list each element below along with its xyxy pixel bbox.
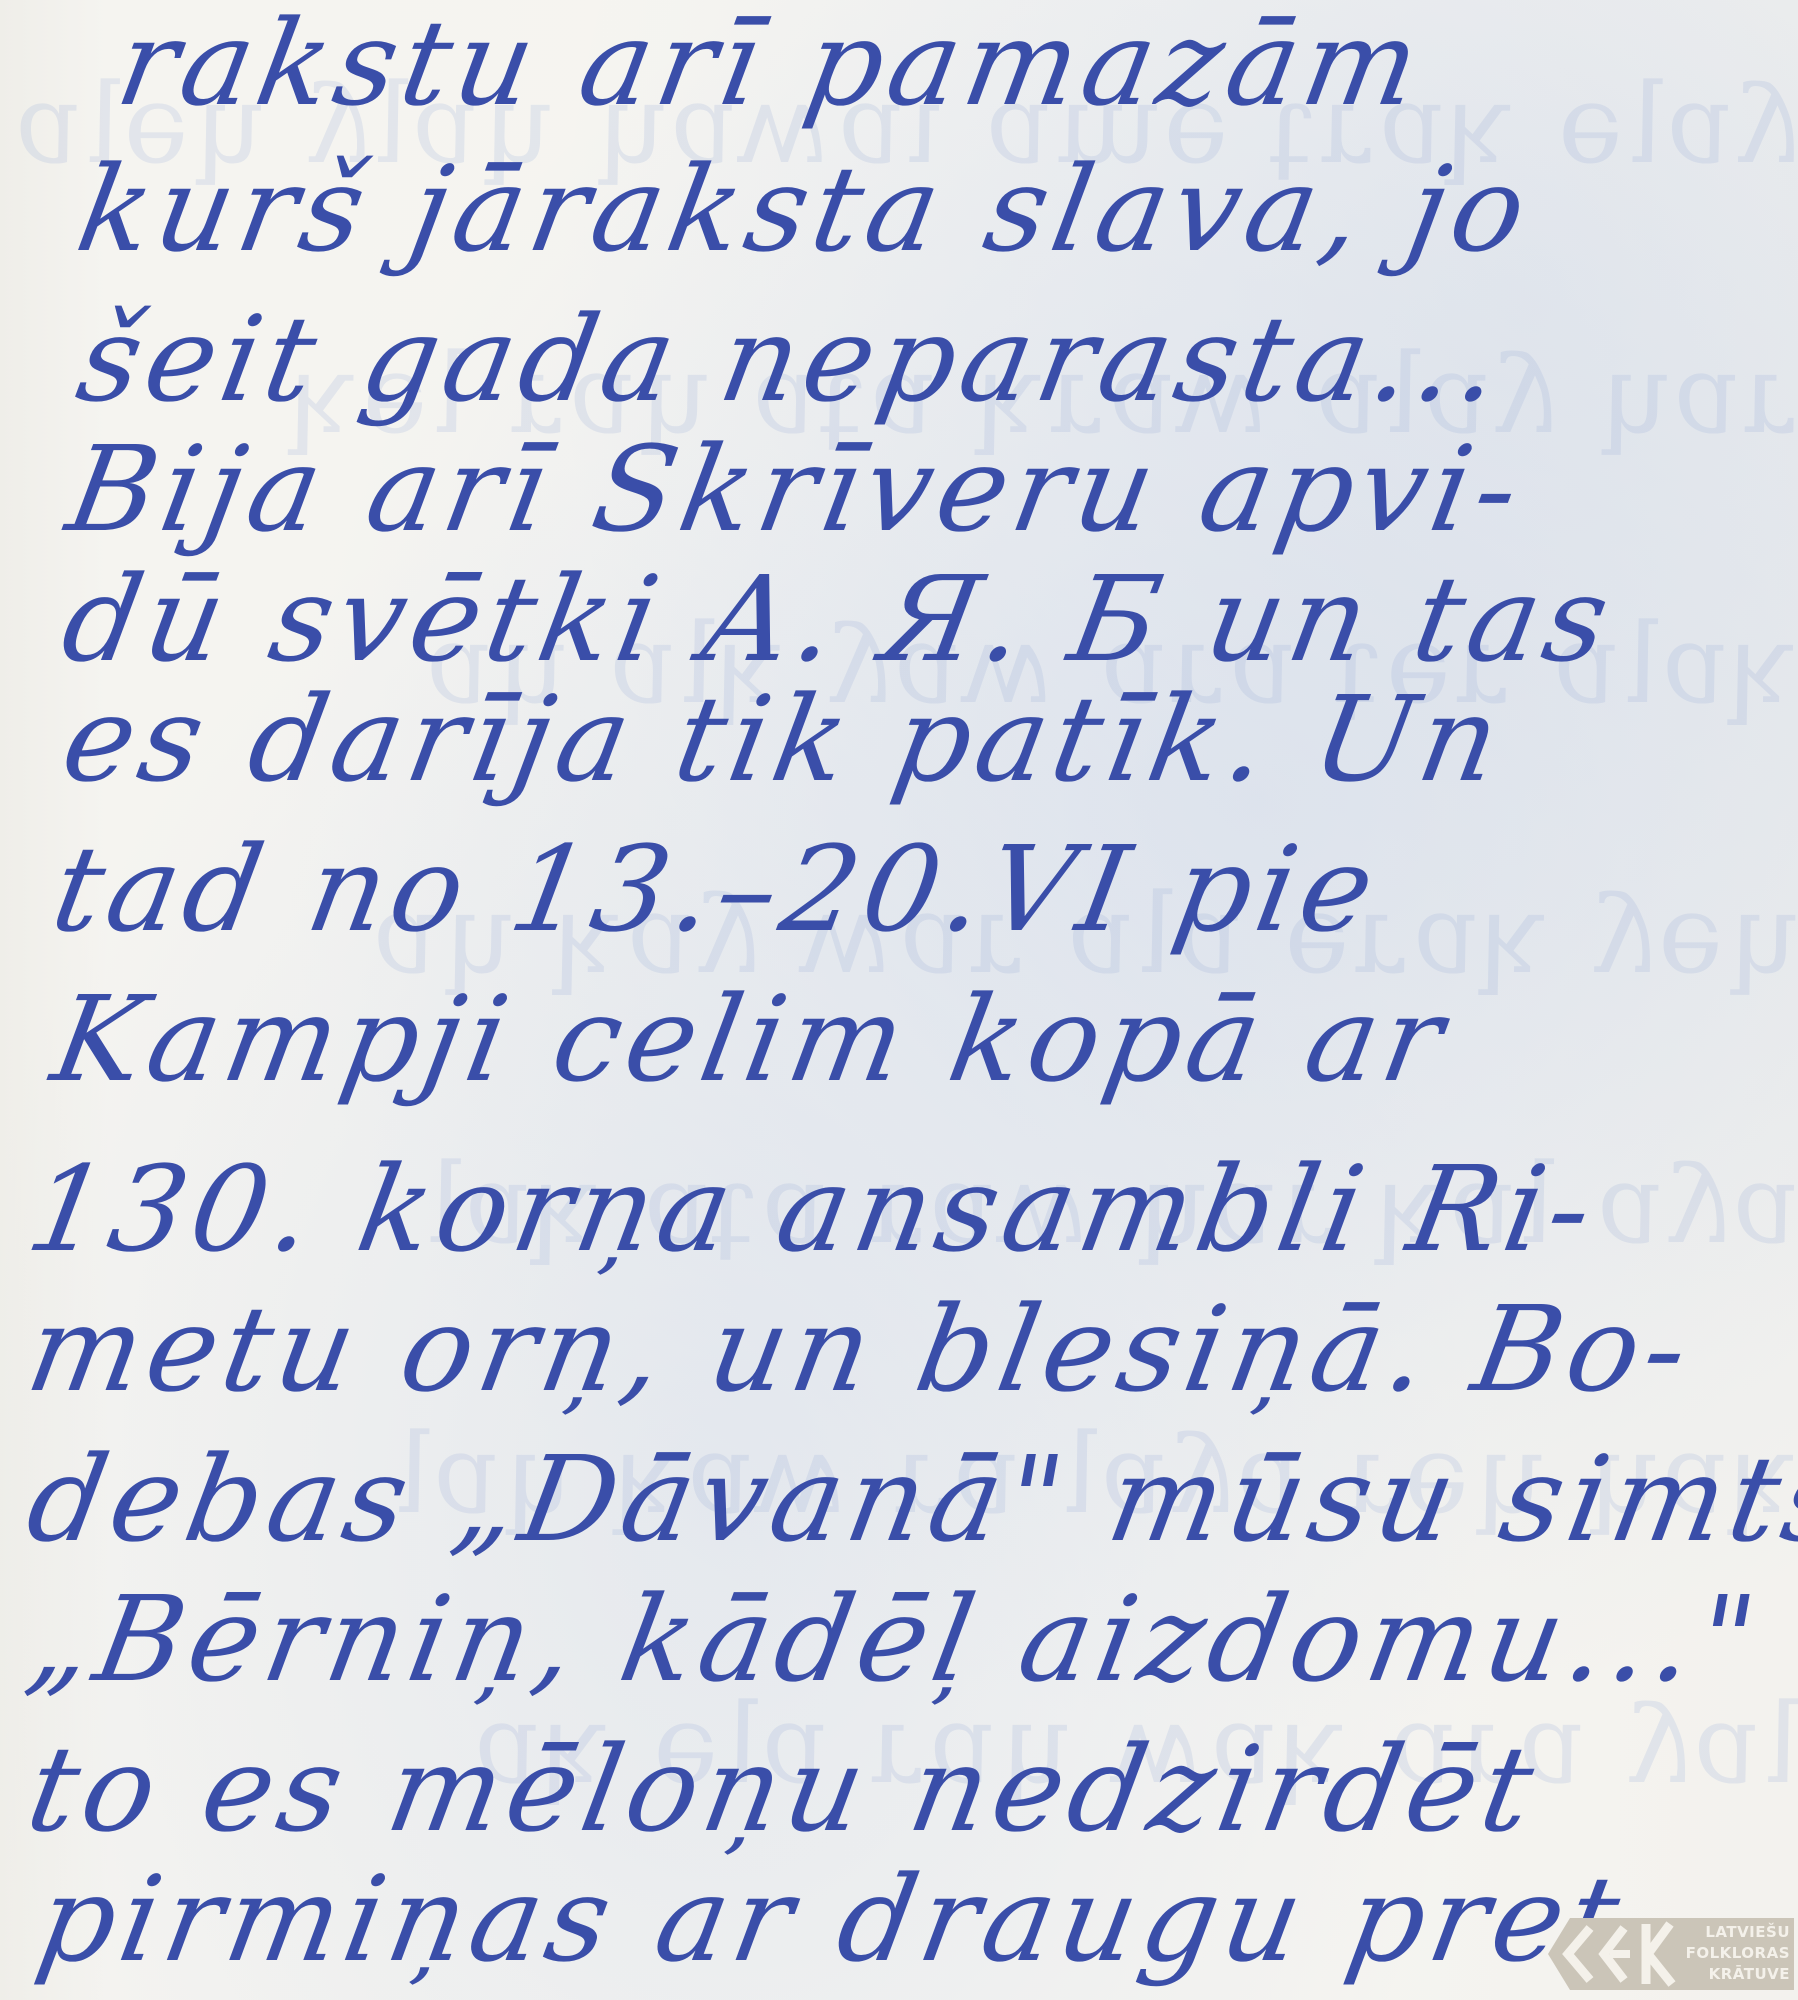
handwritten-letter-body: rakstu arī pamazām kurš jāraksta slava, … <box>0 0 1798 2000</box>
handwritten-line-3: šeit gada neparasta... <box>70 300 1514 418</box>
handwritten-line-10: metu orņ, un blesiņā. Bo- <box>20 1290 1702 1408</box>
handwritten-line-7: tad no 13.–20.VI pie <box>45 830 1388 948</box>
handwritten-line-12: „Bērniņ, kādēļ aizdomu..." <box>20 1580 1770 1698</box>
handwritten-line-8: Kampji celim kopā ar <box>45 980 1457 1098</box>
handwritten-line-5: dū svētki A. Я. Б un tas <box>55 560 1623 678</box>
watermark-line-3: KRĀTUVE <box>1678 1964 1790 1985</box>
archive-watermark: LATVIEŠU FOLKLORAS KRĀTUVE <box>1548 1918 1794 1990</box>
handwritten-line-6: es darīja tik patīk. Un <box>55 680 1513 798</box>
handwritten-line-2: kurš jāraksta slava, jo <box>70 150 1540 268</box>
handwritten-line-9: 130. korņa ansambli Ri- <box>20 1150 1606 1268</box>
handwritten-line-11: debas „Dāvanā" mūsu simts <box>20 1440 1798 1558</box>
handwritten-line-13: to es mēloņu nedzirdēt <box>20 1730 1547 1848</box>
handwritten-line-4: Bija arī Skrīveru apvi- <box>60 430 1533 548</box>
handwritten-line-14: pirmiņas ar draugu pret <box>30 1860 1633 1978</box>
watermark-text: LATVIEŠU FOLKLORAS KRĀTUVE <box>1678 1922 1790 1985</box>
watermark-line-1: LATVIEŠU <box>1678 1922 1790 1943</box>
watermark-line-2: FOLKLORAS <box>1678 1943 1790 1964</box>
handwritten-line-1: rakstu arī pamazām <box>110 4 1433 122</box>
